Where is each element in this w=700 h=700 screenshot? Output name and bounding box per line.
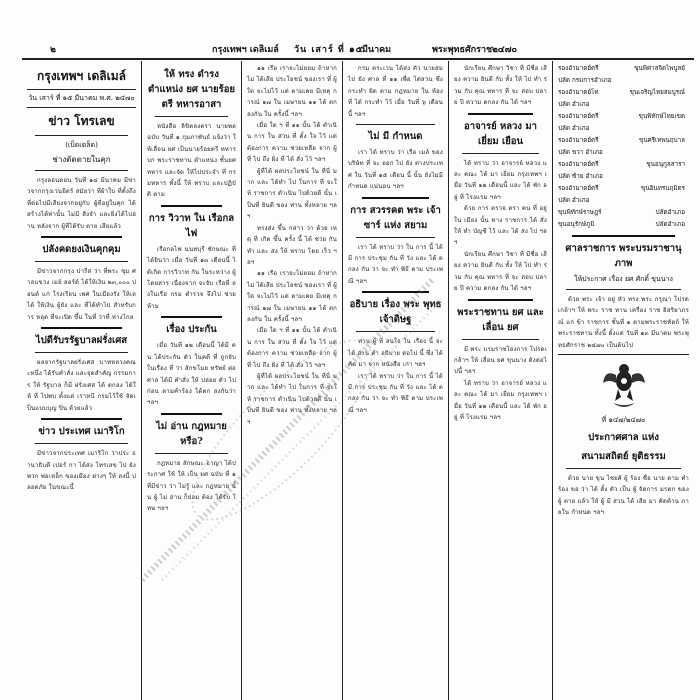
article-body: นักเรียน ศึกษา วิชา ที่ มีชื่อ เสียง ควา…: [454, 249, 547, 295]
divider: [41, 327, 122, 329]
article-body: ทรงส่ง ขึ้น กล่าว ว่า ด้วย เหตุ ที่ เกิด…: [247, 223, 337, 269]
divider: [572, 235, 675, 237]
article-heading: เรื่อง ประกัน: [147, 322, 236, 337]
divider: [155, 116, 228, 117]
notice-subtitle: สนามสถิตย์ ยุติธรรม: [558, 449, 689, 464]
list-item: ปลัด ซ้าย อำเภอ: [558, 171, 689, 183]
divider: [161, 413, 222, 415]
article-body: มีข่าวจากประเทศ เมาริโก ว่าประ ธานาธิบดี…: [27, 448, 136, 494]
article-body: เรือกลไฟ นนทบุรี ชักษณะ ที่ ได้ยินว่า เม…: [147, 244, 236, 312]
article-heading: การ วิวาท ใน เรือกลไฟ: [147, 211, 236, 241]
story-title: ช่างตัดตายในคุก: [27, 153, 136, 166]
article-body: ด้วย การ ตรวจ ตรา คน ที่ อยู่ ใน เมือง น…: [454, 203, 547, 249]
article-body: ได้ ทราบ ว่า อาจารย์ หลวง และ คณะ ได้ มา…: [454, 378, 547, 424]
list-item: รองอำมาตย์โทขุนเจริญไทยสมบูรณ์: [558, 87, 689, 99]
divider: [161, 316, 222, 318]
article-body: กฎหมาย ลักษณะ อาญา ได้ประกาศ ใช้ ให้ เป็…: [147, 458, 236, 515]
list-item: ปลัด อำเภอ: [558, 99, 689, 111]
article-body: ด้วย พระ เจ้า อยู่ หัว ทรง พระ กรุณา โปร…: [558, 294, 689, 351]
article-heading: พระราชทาน ยศ และ เลื่อน ยศ: [454, 305, 547, 335]
issue-year: ๒๔๗๐: [492, 42, 517, 56]
article-heading: ปลังคดยงเงินคุกคุม: [27, 242, 136, 257]
divider: [161, 205, 222, 207]
column-5: นักเรียน ศึกษา วิชา ที่ มีชื่อ เสียง ควา…: [449, 61, 553, 700]
list-item: รองอำมาตย์ตรีขุนอินทรนฤมิตร: [558, 183, 689, 195]
divider: [462, 339, 539, 340]
article-subheading: ให้ประกาศ เรื่อง ยศ ศักดิ์ ขุนนาง: [558, 274, 689, 285]
article-body: กรม ตระเวน ได้ส่ง ตัว นายสม ไป ยัง ศาล ท…: [348, 63, 443, 120]
article-body: เมื่อ ใด ฯ ที่ ๑๑ นั้น ได้ ดำเนิน การ ใน…: [247, 325, 337, 371]
issue-month: มีนาคม: [362, 42, 391, 56]
article-body: หนังสือ ลิขิตลงตรา นายพล ฉบับ วันที่ ๑ ก…: [147, 121, 236, 201]
divider: [155, 453, 228, 454]
masthead: ๒ กรุงเทพฯ เดลิเมล์ วัน เสาร์ ที่ ๑๕ มีน…: [22, 40, 694, 60]
article-body: นักเรียน ศึกษา วิชา ที่ มีชื่อ เสียง ควา…: [454, 63, 547, 109]
column-2: ให้ ทรง ดำรงตำแหน่ง ยศ นายร้อย ตรี ทหารอ…: [142, 61, 242, 700]
column-3: ๑๑ เรือ เราจะไม่ยอม ถ้าหาก ไม่ ได้เสีย ป…: [242, 61, 343, 700]
notice-title: ประกาศศาล แห่ง: [558, 430, 689, 445]
divider: [356, 331, 435, 332]
article-body: กรุงลอนดอน วันที่ ๑๔ มีนาคม มีข่าวจากกรุ…: [27, 175, 136, 232]
article-heading: ให้ ทรง ดำรงตำแหน่ง ยศ นายร้อย ตรี ทหารอ…: [147, 67, 236, 112]
divider: [27, 107, 136, 108]
article-body: ได้ ทราบ ว่า อาจารย์ หลวง และ คณะ ได้ มา…: [454, 158, 547, 204]
divider: [462, 153, 539, 154]
garuda-emblem-icon: [601, 361, 647, 411]
divider: [558, 354, 689, 355]
list-item: ปลัด ขวา อำเภอ: [558, 147, 689, 159]
list-item: ขุนอนุรักษ์ภูมิปลัดอำเภอ: [558, 219, 689, 231]
article-body: ผลจากรัฐบาลฝรั่งเศส บาทหลวงคณะหนึ่ง ได้ร…: [27, 357, 136, 414]
section-heading: ข่าว โทรเลข: [27, 112, 136, 131]
article-heading: ศาลราชการ พระบรมราชานุภาพ: [558, 241, 689, 271]
article-body: ๑๑ เรือ เราจะไม่ยอม ถ้าหาก ไม่ ได้เสีย ป…: [247, 63, 337, 120]
list-item: ปลัด กรมการอำเภอ: [558, 75, 689, 87]
article-body: เรา ได้ ทราบ ว่า เรือ เมล์ ของ บริษัท ที…: [348, 147, 443, 193]
issue-date: วัน เสาร์ ที่ ๑๕: [294, 42, 364, 56]
list-item: ปลัด อำเภอ: [558, 195, 689, 207]
appointment-list: รองอำมาตย์ตรีขุนพิศาลจิตไพบูลย์ ปลัด กรม…: [558, 63, 689, 231]
columns: กรุงเทพฯ เดลิเมล์ วัน เสาร์ ที่ ๑๕ มีนาค…: [22, 61, 694, 700]
divider: [41, 418, 122, 420]
article-body: ๑๑ เรือ เราจะไม่ยอม ถ้าหาก ไม่ ได้เสีย ป…: [247, 268, 337, 325]
article-body: เรา ได้ ทราบ ว่า ใน การ นี้ ได้มี การ ปร…: [348, 242, 443, 288]
article-body: ผู้ที่ได้ ผลประโยชน์ ใน ที่นี่ มาก และ ไ…: [247, 371, 337, 428]
article-body: ด้วย นาย ขุน ไชยศ์ ผู้ ร้อง ชื่อ นาย ตาม…: [558, 473, 689, 519]
list-item: ขุนพิทักษ์ราษฎร์ปลัดอำเภอ: [558, 207, 689, 219]
list-item: ปลัด อำเภอ: [558, 123, 689, 135]
article-heading: ไม่ มี กำหนด: [348, 129, 443, 144]
paper-title: กรุงเทพฯ เดลิเมล์: [27, 67, 136, 86]
article-body: เมื่อ วันที่ ๑๒ เดือนนี้ ได้มี คน ได้ประ…: [147, 340, 236, 408]
article-heading: อธิบาย เรื่อง พระ พุทธ เจ้าดิษฐ: [348, 297, 443, 327]
list-item: รองอำมาตย์ตรีขุนพิทักษ์ไทยเขต: [558, 111, 689, 123]
divider: [356, 124, 435, 125]
newspaper-page: ๒ กรุงเทพฯ เดลิเมล์ วัน เสาร์ ที่ ๑๕ มีน…: [22, 40, 694, 700]
article-body: ท่าน ผู้ ที่ สนใจ ใน เรื่อง นี้ จะ ได้ อ…: [348, 336, 443, 370]
issue-era: พระพุทธศักราช: [432, 42, 492, 56]
column-4: กรม ตระเวน ได้ส่ง ตัว นายสม ไป ยัง ศาล ท…: [343, 61, 449, 700]
article-body: มี พระ บรมราชโองการ โปรดเกล้าฯ ให้ เลื่อ…: [454, 344, 547, 378]
column-6: รองอำมาตย์ตรีขุนพิศาลจิตไพบูลย์ ปลัด กรม…: [553, 61, 694, 700]
article-heading: อาจารย์ หลวง มา เยี่ยม เยือน: [454, 119, 547, 149]
list-item: รองอำมาตย์ตรีขุนอนุกูลสารา: [558, 159, 689, 171]
divider: [566, 468, 681, 469]
article-heading: การ สวรรคต พระ เจ้า ซาร์ แห่ง สยาม: [348, 203, 443, 233]
divider: [362, 291, 429, 293]
divider: [35, 352, 128, 353]
paper-name: กรุงเทพฯ เดลิเมล์: [212, 42, 279, 56]
divider: [356, 237, 435, 238]
divider: [566, 289, 681, 290]
article-body: ผู้ที่ได้ ผลประโยชน์ ใน ที่นี่ มาก และ ไ…: [247, 166, 337, 223]
list-item: รองอำมาตย์ตรีขุนศรีเทพนฤบาล: [558, 135, 689, 147]
subsection: (เบ็ดเตล็ด): [27, 140, 136, 151]
divider: [35, 135, 128, 136]
article-body: เรา ได้ ทราบ ว่า ใน การ นี้ ได้มี การ ปร…: [348, 371, 443, 417]
article-heading: ไม่ อ่าน กฎหมาย หรือ?: [147, 419, 236, 449]
article-heading: ไปดีรับรรัฐบาลฝรั่งเศส: [27, 333, 136, 348]
divider: [35, 261, 128, 262]
list-item: รองอำมาตย์ตรีขุนพิศาลจิตไพบูลย์: [558, 63, 689, 75]
divider: [468, 299, 533, 301]
divider: [35, 170, 128, 171]
dateline: วัน เสาร์ ที่ ๑๕ มีนาคม พ.ศ. ๒๔๗๐: [27, 93, 136, 104]
column-1: กรุงเทพฯ เดลิเมล์ วัน เสาร์ ที่ ๑๕ มีนาค…: [22, 61, 142, 700]
divider: [362, 197, 429, 199]
divider: [41, 236, 122, 238]
article-body: มีข่าวจากกรุง ปารีส ว่า ที่พระ ชุม ศาลแข…: [27, 266, 136, 323]
notice-number: ที่ ๑๔๗/๒๔๗๐: [558, 415, 689, 426]
divider: [468, 113, 533, 115]
divider: [35, 443, 128, 444]
article-heading: ข่าว ประเทศ เมาริโก: [27, 424, 136, 439]
divider: [27, 89, 136, 90]
article-body: เมื่อ ใด ฯ ที่ ๑๑ นั้น ได้ ดำเนิน การ ใน…: [247, 120, 337, 166]
page-number: ๒: [50, 42, 56, 56]
